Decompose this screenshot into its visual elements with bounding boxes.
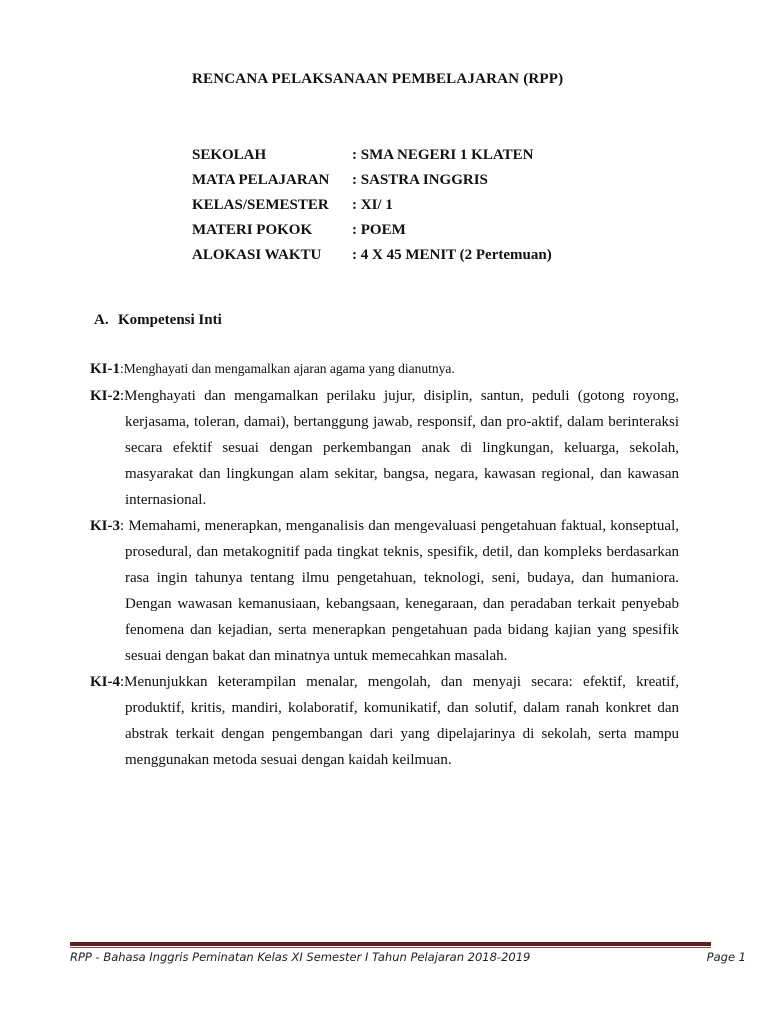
identity-label: MATA PELAJARAN [192, 168, 352, 193]
competency-text: Menghayati dan mengamalkan perilaku juju… [124, 388, 679, 508]
identity-value: : SASTRA INGGRIS [352, 168, 488, 193]
competency-text: Memahami, menerapkan, menganalisis dan m… [125, 518, 679, 664]
competency-label: KI-3 [90, 518, 120, 534]
competency-item: KI-3: Memahami, menerapkan, menganalisis… [90, 513, 679, 669]
section-number: A. [94, 312, 118, 329]
footer-rule-thin [70, 947, 711, 948]
identity-row-topic: MATERI POKOK : POEM [192, 218, 552, 243]
competency-item: KI-1:Menghayati dan mengamalkan ajaran a… [90, 355, 679, 383]
identity-value: : 4 X 45 MENIT (2 Pertemuan) [352, 243, 552, 268]
identity-row-class: KELAS/SEMESTER : XI/ 1 [192, 193, 552, 218]
competency-item: KI-2:Menghayati dan mengamalkan perilaku… [90, 383, 679, 513]
competency-list: KI-1:Menghayati dan mengamalkan ajaran a… [90, 355, 679, 773]
identity-value: : POEM [352, 218, 406, 243]
identity-label: SEKOLAH [192, 143, 352, 168]
identity-label: ALOKASI WAKTU [192, 243, 352, 268]
identity-label: MATERI POKOK [192, 218, 352, 243]
identity-label: KELAS/SEMESTER [192, 193, 352, 218]
document-page: RENCANA PELAKSANAAN PEMBELAJARAN (RPP) S… [0, 0, 768, 1024]
competency-item: KI-4:Menunjukkan keterampilan menalar, m… [90, 669, 679, 773]
competency-label: KI-1 [90, 361, 120, 377]
footer-rule [70, 942, 711, 946]
competency-label: KI-2 [90, 388, 120, 404]
identity-row-subject: MATA PELAJARAN : SASTRA INGGRIS [192, 168, 552, 193]
identity-value: : XI/ 1 [352, 193, 393, 218]
identity-row-school: SEKOLAH : SMA NEGERI 1 KLATEN [192, 143, 552, 168]
page-number: Page 1 [707, 950, 746, 964]
competency-label: KI-4 [90, 674, 120, 690]
footer-text: RPP - Bahasa Inggris Peminatan Kelas XI … [70, 950, 530, 964]
identity-row-time: ALOKASI WAKTU : 4 X 45 MENIT (2 Pertemua… [192, 243, 552, 268]
competency-text: Menghayati dan mengamalkan ajaran agama … [124, 361, 455, 376]
section-title: Kompetensi Inti [118, 312, 222, 328]
identity-table: SEKOLAH : SMA NEGERI 1 KLATEN MATA PELAJ… [192, 143, 552, 268]
section-heading: A.Kompetensi Inti [94, 312, 222, 329]
competency-text: Menunjukkan keterampilan menalar, mengol… [124, 674, 679, 768]
identity-value: : SMA NEGERI 1 KLATEN [352, 143, 533, 168]
document-title: RENCANA PELAKSANAAN PEMBELAJARAN (RPP) [192, 71, 563, 88]
